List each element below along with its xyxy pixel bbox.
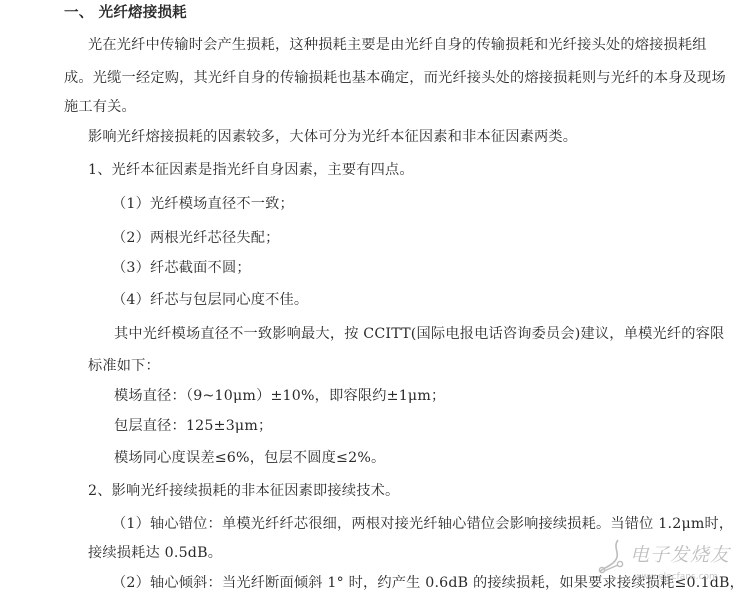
item1-point-4: （4）纤芯与包层同心度不佳。 [112, 291, 308, 309]
intro-line-2: 成。光缆一经定购，其光纤自身的传输损耗也基本确定，而光纤接头处的熔接损耗则与光纤… [64, 69, 726, 87]
spec-cladding-diameter: 包层直径：125±3μm； [114, 417, 272, 435]
spec-concentricity: 模场同心度误差≤6%，包层不圆度≤2%。 [114, 449, 385, 467]
ccitt-line-2: 标准如下： [88, 357, 160, 375]
item2-point1-line-2: 接续损耗达 0.5dB。 [88, 544, 222, 562]
ccitt-line-1: 其中光纤模场直径不一致影响最大，按 CCITT(国际电报电话咨询委员会)建议，单… [114, 325, 724, 343]
item2-heading: 2、影响光纤接续损耗的非本征因素即接续技术。 [88, 482, 399, 500]
intro-line-3: 施工有关。 [64, 98, 136, 116]
item1-heading: 1、光纤本征因素是指光纤自身因素，主要有四点。 [88, 161, 414, 179]
intro-line-1: 光在光纤中传输时会产生损耗，这种损耗主要是由光纤自身的传输损耗和光纤接头处的熔接… [88, 36, 707, 54]
watermark-brand: 电子发烧友 [630, 540, 730, 567]
factors-paragraph: 影响光纤熔接损耗的因素较多，大体可分为光纤本征因素和非本征因素两类。 [88, 128, 577, 146]
item1-point-1: （1）光纤模场直径不一致； [112, 195, 294, 213]
section-title: 一、 光纤熔接损耗 [64, 4, 187, 22]
watermark-url: www.elecfans.com [634, 572, 718, 582]
spec-mode-field-diameter: 模场直径：（9~10μm）±10%，即容限约±1μm； [114, 387, 445, 405]
item1-point-2: （2）两根光纤芯径失配； [112, 229, 280, 247]
item2-point1-line-1: （1）轴心错位：单模光纤纤芯很细，两根对接光纤轴心错位会影响接续损耗。当错位 1… [112, 515, 733, 533]
item1-point-3: （3）纤芯截面不圆； [112, 259, 251, 277]
watermark: 电子发烧友 www.elecfans.com [596, 538, 742, 595]
elecfans-logo-icon [596, 538, 630, 578]
